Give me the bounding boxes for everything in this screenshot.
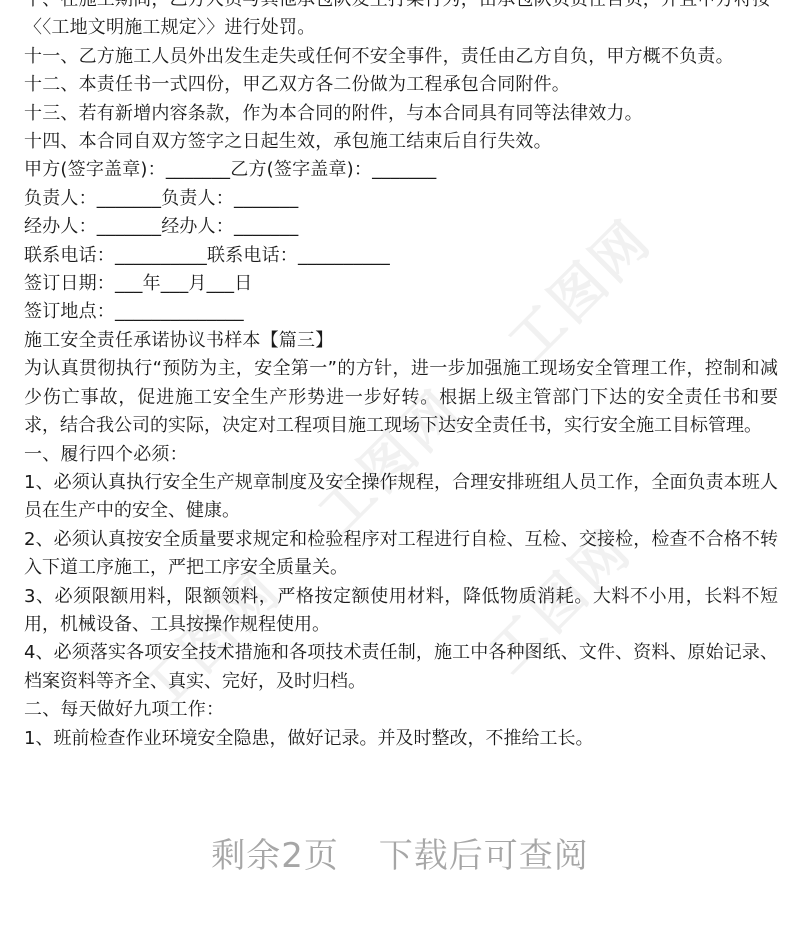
- remaining-pages-label: 剩余2页: [211, 836, 339, 876]
- download-prompt[interactable]: 剩余2页 下载后可查阅: [0, 828, 800, 877]
- section-title: 施工安全责任承诺协议书样本【篇三】: [24, 327, 778, 355]
- signature-phone: 联系电话：__________联系电话：__________: [24, 242, 778, 270]
- part1-item: 2、必须认真按安全质量要求规定和检验程序对工程进行自检、互检、交接检，检查不合格…: [24, 526, 778, 583]
- clause-14: 十四、本合同自双方签字之日起生效，承包施工结束后自行失效。: [24, 128, 778, 156]
- part1-heading: 一、履行四个必须：: [24, 441, 778, 469]
- signature-date: 签订日期：___年___月___日: [24, 270, 778, 298]
- clause-10-line-2: 〈〈工地文明施工规定〉〉进行处罚。: [24, 14, 778, 42]
- download-hint-label: 下载后可查阅: [379, 836, 589, 876]
- clause-11: 十一、乙方施工人员外出发生走失或任何不安全事件，责任由乙方自负，甲方概不负责。: [24, 43, 778, 71]
- part2-item: 1、班前检查作业环境安全隐患，做好记录。并及时整改，不推给工长。: [24, 725, 778, 753]
- signature-party: 甲方(签字盖章)：_______乙方(签字盖章)：_______: [24, 156, 778, 184]
- clause-13: 十三、若有新增内容条款，作为本合同的附件，与本合同具有同等法律效力。: [24, 100, 778, 128]
- signature-block: 甲方(签字盖章)：_______乙方(签字盖章)：_______ 负责人：___…: [24, 156, 778, 326]
- signature-place: 签订地点：______________: [24, 298, 778, 326]
- clause-10-line-1: 十、在施工期间，乙方人员与其他承包队发生打架行为，由承包队负责任自负，并且甲方将…: [24, 0, 778, 14]
- document-body: 十、在施工期间，乙方人员与其他承包队发生打架行为，由承包队负责任自负，并且甲方将…: [24, 0, 778, 753]
- signature-responsible: 负责人：_______负责人：_______: [24, 185, 778, 213]
- clause-12: 十二、本责任书一式四份，甲乙双方各二份做为工程承包合同附件。: [24, 71, 778, 99]
- part1-item: 4、必须落实各项安全技术措施和各项技术责任制，施工中各种图纸、文件、资料、原始记…: [24, 639, 778, 696]
- part2-heading: 二、每天做好九项工作：: [24, 696, 778, 724]
- part1-item: 1、必须认真执行安全生产规章制度及安全操作规程，合理安排班组人员工作，全面负责本…: [24, 469, 778, 526]
- intro-paragraph: 为认真贯彻执行“预防为主，安全第一”的方针，进一步加强施工现场安全管理工作，控制…: [24, 355, 778, 440]
- signature-handler: 经办人：_______经办人：_______: [24, 213, 778, 241]
- part1-item: 3、必须限额用料，限额领料，严格按定额使用材料，降低物质消耗。大料不小用，长料不…: [24, 583, 778, 640]
